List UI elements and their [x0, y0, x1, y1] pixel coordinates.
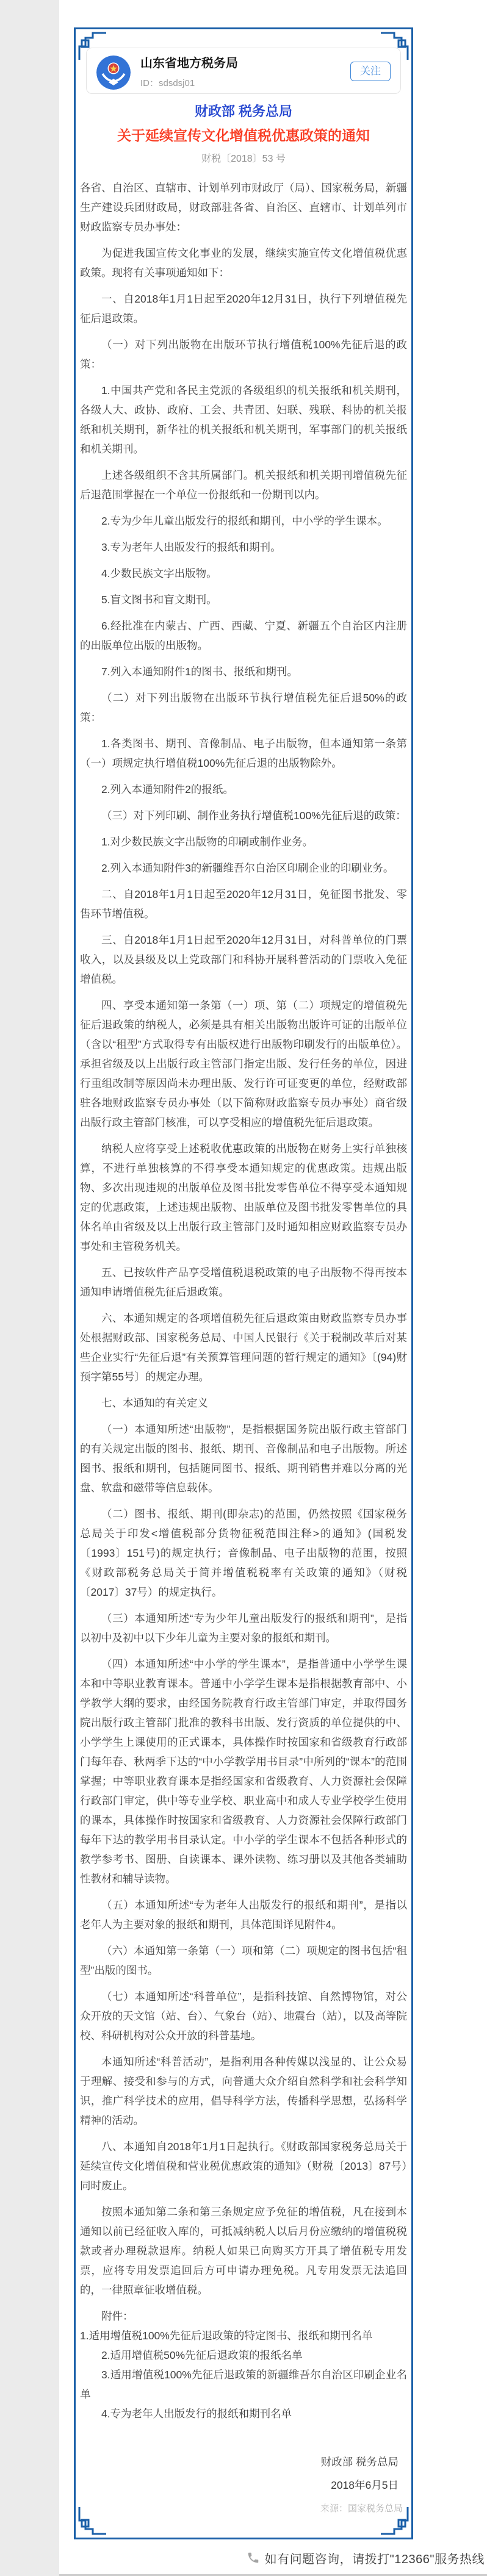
paragraph: 3.专为老年人出版发行的报纸和期刊。: [80, 537, 407, 557]
paragraph: 八、本通知自2018年1月1日起执行。《财政部国家税务总局关于延续宣传文化增值税…: [80, 2137, 407, 2195]
paragraph: 上述各级组织不含其所属部门。机关报纸和机关期刊增值税先征后退范围掌握在一个单位一…: [80, 465, 407, 504]
source-attribution: 来源：国家税务总局: [320, 2502, 403, 2514]
notice-title: 关于延续宣传文化增值税优惠政策的通知: [80, 126, 407, 145]
paragraph: 7.列入本通知附件1的图书、报纸和期刊。: [80, 662, 407, 681]
paragraph: （七）本通知所述“科普单位”，是指科技馆、自然博物馆，对公众开放的天文馆（站、台…: [80, 1987, 407, 2045]
paragraph: 1.中国共产党和各民主党派的各级组织的机关报纸和机关期刊，各级人大、政协、政府、…: [80, 381, 407, 459]
paragraph: 2.适用增值税50%先征后退政策的报纸名单: [80, 2345, 407, 2365]
paragraph: （一）本通知所述“出版物”，是指根据国务院出版行政主管部门的有关规定出版的图书、…: [80, 1419, 407, 1498]
paragraph: 1.各类图书、期刊、音像制品、电子出版物，但本通知第一条第（一）项规定执行增值税…: [80, 734, 407, 773]
paragraph: 七、本通知的有关定义: [80, 1393, 407, 1413]
tax-bureau-emblem-icon: [96, 56, 131, 90]
account-info: 山东省地方税务局 ID：sdsdsj01: [140, 56, 350, 89]
paragraph: （六）本通知第一条第（一）项和第（二）项规定的图书包括“租型”出版的图书。: [80, 1941, 407, 1980]
paragraph: （二）对下列出版物在出版环节执行增值税先征后退50%的政策：: [80, 688, 407, 727]
paragraph: （三）对下列印刷、制作业务执行增值税100%先征后退的政策：: [80, 806, 407, 825]
paragraph: 5.盲文图书和盲文期刊。: [80, 590, 407, 609]
hotline-text: 如有问题咨询，请拨打"12366"服务热线: [265, 2549, 485, 2567]
frame-corner-ornament-bottom-left: [78, 2507, 106, 2535]
paragraph: （二）图书、报纸、期刊(即杂志)的范围，仍然按照《国家税务总局关于印发<增值税部…: [80, 1504, 407, 1602]
follow-button[interactable]: 关注: [350, 62, 391, 81]
official-account-card[interactable]: 山东省地方税务局 ID：sdsdsj01 关注: [86, 48, 401, 94]
paragraph: （五）本通知所述“专为老年人出版发行的报纸和期刊”，是指以老年人为主要对象的报纸…: [80, 1895, 407, 1934]
signature-block: 财政部 税务总局 2018年6月5日: [80, 2450, 407, 2497]
issuing-agency-title: 财政部 税务总局: [80, 102, 407, 121]
paragraph: 2.列入本通知附件2的报纸。: [80, 780, 407, 799]
paragraph: 6.经批准在内蒙古、广西、西藏、宁夏、新疆五个自治区内注册的出版单位出版的出版物…: [80, 616, 407, 655]
paragraph: 本通知所述“科普活动”，是指利用各种传媒以浅显的、让公众易于理解、接受和参与的方…: [80, 2052, 407, 2130]
paragraph: 附件：: [80, 2306, 407, 2326]
paragraph: 2.列入本通知附件3的新疆维吾尔自治区印刷企业的印刷业务。: [80, 858, 407, 878]
paragraph: 1.对少数民族文字出版物的印刷或制作业务。: [80, 832, 407, 852]
page: { "colors":{ "frame-blue":"#1a5fa8", "ti…: [0, 0, 487, 2576]
paragraph: 3.适用增值税100%先征后退政策的新疆维吾尔自治区印刷企业名单: [80, 2365, 407, 2404]
paragraph: 2.专为少年儿童出版发行的报纸和期刊，中小学的学生课本。: [80, 511, 407, 531]
paragraph: 一、自2018年1月1日起至2020年12月31日，执行下列增值税先征后退政策。: [80, 289, 407, 328]
paragraph: 各省、自治区、直辖市、计划单列市财政厅（局）、国家税务局，新疆生产建设兵团财政局…: [80, 178, 407, 237]
page-left-margin: [0, 0, 59, 2576]
paragraph: 为促进我国宣传文化事业的发展，继续实施宣传文化增值税优惠政策。现将有关事项通知如…: [80, 243, 407, 282]
article-frame: 山东省地方税务局 ID：sdsdsj01 关注 财政部 税务总局 关于延续宣传文…: [74, 27, 413, 2539]
signature-date: 2018年6月5日: [80, 2474, 399, 2497]
account-name: 山东省地方税务局: [140, 56, 350, 71]
paragraph: 按照本通知第二条和第三条规定应予免征的增值税，凡在接到本通知以前已经征收入库的，…: [80, 2202, 407, 2300]
paragraph: 六、本通知规定的各项增值税先征后退政策由财政监察专员办事处根据财政部、国家税务总…: [80, 1308, 407, 1387]
paragraph: 1.适用增值税100%先征后退政策的特定图书、报纸和期刊名单: [80, 2326, 407, 2345]
paragraph: （三）本通知所述“专为少年儿童出版发行的报纸和期刊”，是指以初中及初中以下少年儿…: [80, 1609, 407, 1648]
paragraph: 4.少数民族文字出版物。: [80, 564, 407, 583]
paragraph: 二、自2018年1月1日起至2020年12月31日，免征图书批发、零售环节增值税…: [80, 884, 407, 924]
hotline-footer: 如有问题咨询，请拨打"12366"服务热线: [59, 2541, 487, 2576]
document-number: 财税〔2018〕53 号: [80, 152, 407, 166]
phone-icon: [247, 2551, 260, 2564]
notice-body: 各省、自治区、直辖市、计划单列市财政厅（局）、国家税务局，新疆生产建设兵团财政局…: [80, 178, 407, 2424]
signature-org: 财政部 税务总局: [80, 2450, 399, 2474]
account-id: ID：sdsdsj01: [140, 78, 350, 89]
paragraph: 4.专为老年人出版发行的报纸和期刊名单: [80, 2404, 407, 2424]
paragraph: 三、自2018年1月1日起至2020年12月31日，对科普单位的门票收入，以及县…: [80, 930, 407, 989]
paragraph: （一）对下列出版物在出版环节执行增值税100%先征后退的政策：: [80, 335, 407, 374]
paragraph: 五、已按软件产品享受增值税退税政策的电子出版物不得再按本通知申请增值税先征后退政…: [80, 1263, 407, 1302]
paragraph: （四）本通知所述“中小学的学生课本”，是指普通中小学学生课本和中等职业教育课本。…: [80, 1654, 407, 1889]
paragraph: 四、享受本通知第一条第（一）项、第（二）项规定的增值税先征后退政策的纳税人，必须…: [80, 996, 407, 1132]
paragraph: 纳税人应将享受上述税收优惠政策的出版物在财务上实行单独核算，不进行单独核算的不得…: [80, 1139, 407, 1256]
notice-title-block: 财政部 税务总局 关于延续宣传文化增值税优惠政策的通知 财税〔2018〕53 号: [80, 102, 407, 166]
